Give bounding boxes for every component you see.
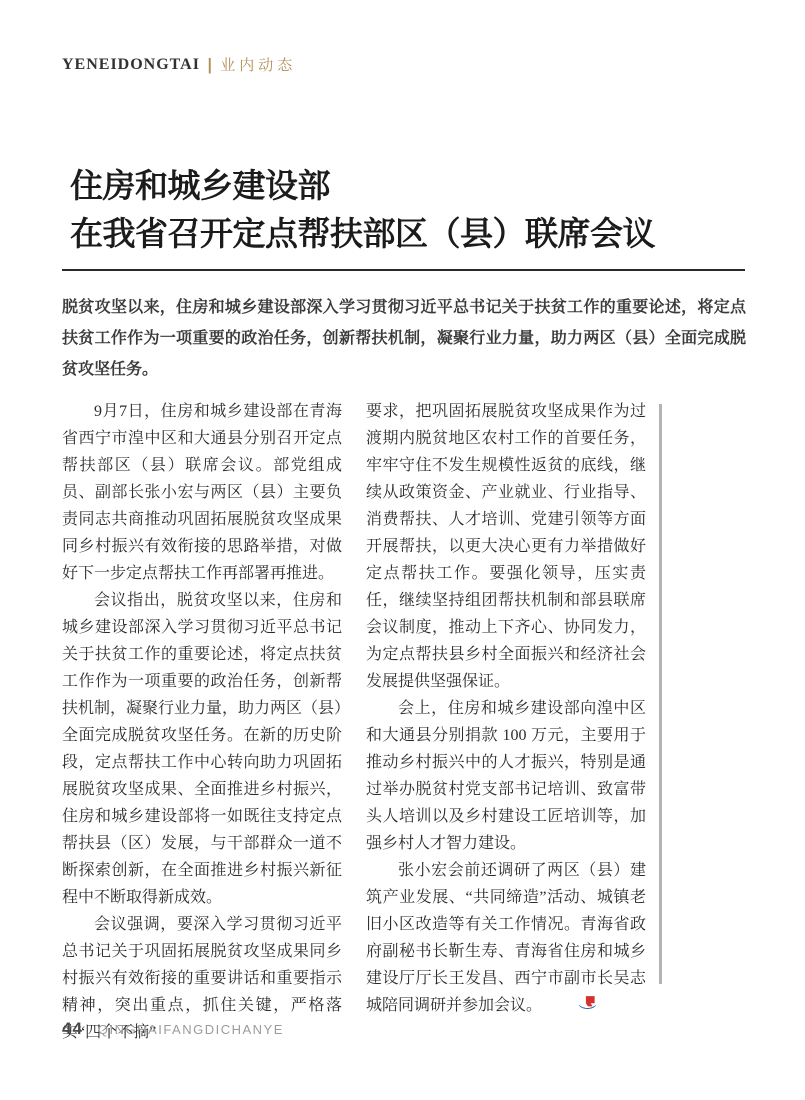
kicker-separator: | (207, 55, 214, 75)
journal-name: QINGHAIFANGDICHANYE (98, 1022, 284, 1037)
article-title: 住房和城乡建设部 在我省召开定点帮扶部区（县）联席会议 (70, 162, 760, 258)
article-endmark-logo-icon (546, 994, 597, 1021)
paragraph-text: 张小宏会前还调研了两区（县）建筑产业发展、“共同缔造”活动、城镇老旧小区改造等有… (366, 862, 646, 1014)
body-paragraph: 会议指出，脱贫攻坚以来，住房和城乡建设部深入学习贯彻习近平总书记关于扶贫工作的重… (62, 587, 342, 911)
magazine-page: YENEIDONGTAI | 业内动态 住房和城乡建设部 在我省召开定点帮扶部区… (0, 0, 805, 1100)
body-column-left: 9月7日，住房和城乡建设部在青海省西宁市湟中区和大通县分别召开定点帮扶部区（县）… (62, 398, 342, 1046)
kicker-pinyin: YENEIDONGTAI (62, 56, 200, 74)
page-number: 44 (62, 1019, 83, 1039)
article-body: 9月7日，住房和城乡建设部在青海省西宁市湟中区和大通县分别召开定点帮扶部区（县）… (62, 398, 646, 1046)
section-kicker: YENEIDONGTAI | 业内动态 (62, 54, 296, 75)
paragraph-text: 9月7日，住房和城乡建设部在青海省西宁市湟中区和大通县分别召开定点帮扶部区（县）… (62, 403, 342, 582)
article-intro: 脱贫攻坚以来，住房和城乡建设部深入学习贯彻习近平总书记关于扶贫工作的重要论述，将… (62, 292, 746, 385)
body-paragraph: 9月7日，住房和城乡建设部在青海省西宁市湟中区和大通县分别召开定点帮扶部区（县）… (62, 398, 342, 587)
paragraph-text: 会上，住房和城乡建设部向湟中区和大通县分别捐款 100 万元，主要用于推动乡村振… (366, 700, 646, 852)
article-title-line2: 在我省召开定点帮扶部区（县）联席会议 (70, 210, 760, 258)
article-title-line1: 住房和城乡建设部 (70, 162, 760, 210)
body-paragraph: 张小宏会前还调研了两区（县）建筑产业发展、“共同缔造”活动、城镇老旧小区改造等有… (366, 857, 646, 1021)
page-footer: 44 QINGHAIFANGDICHANYE (62, 1019, 284, 1039)
title-divider (62, 269, 745, 271)
body-column-right: 要求，把巩固拓展脱贫攻坚成果作为过渡期内脱贫地区农村工作的首要任务，牢牢守住不发… (366, 398, 646, 1046)
column-end-rule (659, 404, 662, 984)
body-paragraph: 会上，住房和城乡建设部向湟中区和大通县分别捐款 100 万元，主要用于推动乡村振… (366, 695, 646, 857)
body-paragraph: 要求，把巩固拓展脱贫攻坚成果作为过渡期内脱贫地区农村工作的首要任务，牢牢守住不发… (366, 398, 646, 695)
kicker-chinese: 业内动态 (220, 54, 296, 75)
paragraph-text: 要求，把巩固拓展脱贫攻坚成果作为过渡期内脱贫地区农村工作的首要任务，牢牢守住不发… (366, 403, 646, 690)
paragraph-text: 会议指出，脱贫攻坚以来，住房和城乡建设部深入学习贯彻习近平总书记关于扶贫工作的重… (62, 592, 342, 906)
